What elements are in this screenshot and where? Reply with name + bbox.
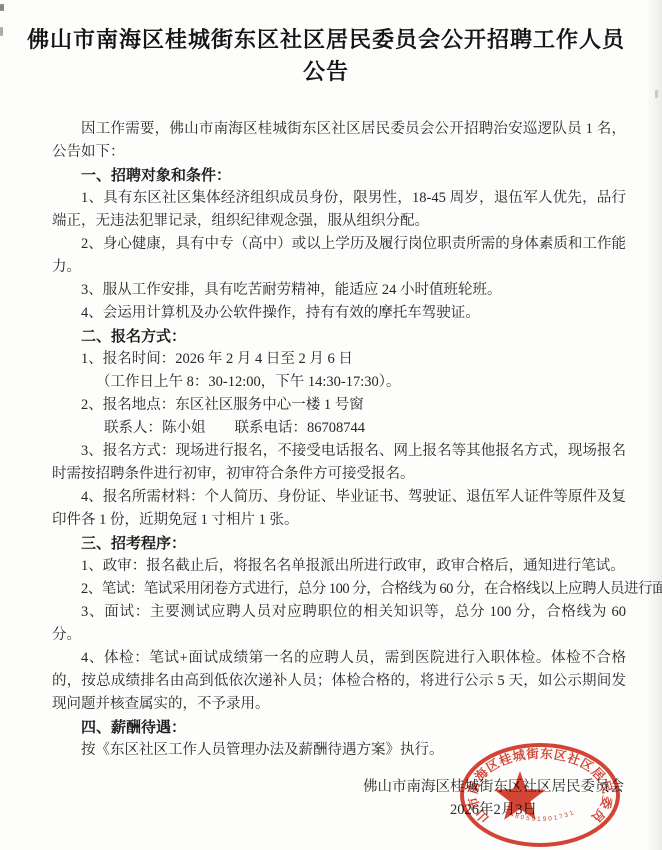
list-item: 4、会运用计算机及办公软件操作，持有有效的摩托车驾驶证。 bbox=[52, 302, 626, 325]
seal-ring-text: 佛山市南海区桂城街东区社区居民委员会 bbox=[454, 738, 615, 826]
contact-line: 联系人：陈小姐 联系电话：86708744 bbox=[52, 417, 626, 440]
list-item: 2、报名地点：东区社区服务中心一楼 1 号窗 bbox=[52, 394, 626, 417]
scan-edge-shadow bbox=[646, 0, 662, 850]
list-item: 3、报名方式：现场进行报名，不接受电话报名、网上报名等其他报名方式，现场报名时需… bbox=[52, 440, 626, 486]
document-body: 因工作需要，佛山市南海区桂城街东区社区居民委员会公开招聘治安巡逻队员 1 名，公… bbox=[52, 118, 626, 762]
section-heading-4: 四、薪酬待遇： bbox=[52, 716, 626, 739]
scanned-announcement-page: 佛山市南海区桂城街东区社区居民委员会公开招聘工作人员 公告 因工作需要，佛山市南… bbox=[0, 0, 662, 850]
list-item: 1、具有东区社区集体经济组织成员身份，限男性，18-45 周岁，退伍军人优先，品… bbox=[52, 187, 626, 233]
list-item: 1、报名时间：2026 年 2 月 4 日至 2 月 6 日 bbox=[52, 348, 626, 371]
document-title-line2: 公告 bbox=[0, 56, 652, 88]
scan-artifact bbox=[655, 90, 658, 98]
list-item: 2、笔试：笔试采用闭卷方式进行，总分 100 分，合格线为 60 分，在合格线以… bbox=[52, 578, 626, 601]
official-seal: 佛山市南海区桂城街东区社区居民委员会 4480591901731 bbox=[454, 738, 626, 850]
document-title: 佛山市南海区桂城街东区社区居民委员会公开招聘工作人员 公告 bbox=[0, 24, 652, 88]
section-heading-1: 一、招聘对象和条件： bbox=[52, 164, 626, 187]
list-item: 2、身心健康，具有中专（高中）或以上学历及履行岗位职责所需的身体素质和工作能力。 bbox=[52, 233, 626, 279]
list-item: 4、报名所需材料：个人简历、身份证、毕业证书、驾驶证、退伍军人证件等原件及复印件… bbox=[52, 486, 626, 532]
section-heading-3: 三、招考程序： bbox=[52, 532, 626, 555]
list-item: 4、体检：笔试+面试成绩第一名的应聘人员，需到医院进行入职体检。体检不合格的，按… bbox=[52, 647, 626, 716]
list-item: 3、面试：主要测试应聘人员对应聘职位的相关知识等，总分 100 分，合格线为 6… bbox=[52, 601, 626, 647]
list-subitem: （工作日上午 8：30-12:00，下午 14:30-17:30）。 bbox=[52, 371, 626, 394]
svg-text:佛山市南海区桂城街东区社区居民委员会: 佛山市南海区桂城街东区社区居民委员会 bbox=[454, 738, 615, 826]
intro-paragraph: 因工作需要，佛山市南海区桂城街东区社区居民委员会公开招聘治安巡逻队员 1 名，公… bbox=[52, 118, 626, 164]
scan-artifact bbox=[0, 4, 4, 11]
document-title-line1: 佛山市南海区桂城街东区社区居民委员会公开招聘工作人员 bbox=[0, 24, 652, 56]
list-item: 3、服从工作安排，具有吃苦耐劳精神，能适应 24 小时值班轮班。 bbox=[52, 279, 626, 302]
list-item: 1、政审：报名截止后，将报名名单报派出所进行政审，政审合格后，通知进行笔试。 bbox=[52, 555, 626, 578]
section-heading-2: 二、报名方式： bbox=[52, 325, 626, 348]
seal-star-icon bbox=[494, 771, 545, 820]
